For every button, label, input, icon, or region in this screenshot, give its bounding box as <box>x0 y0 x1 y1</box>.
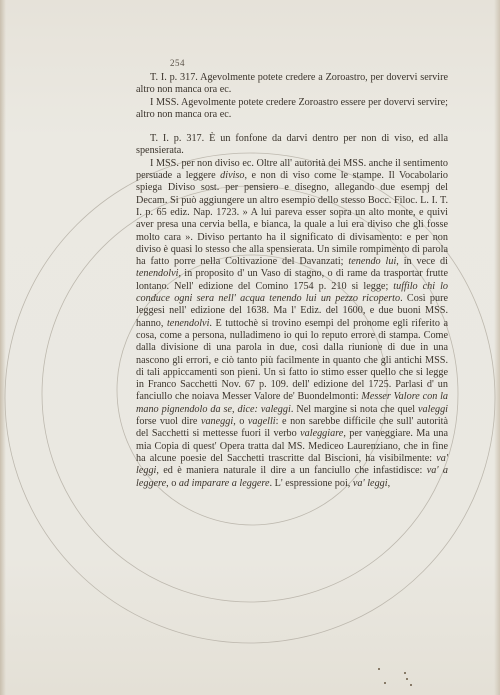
italic-quotation: diviso <box>220 170 244 181</box>
commentary-text: , in vece di <box>396 256 448 267</box>
commentary-text: , e non di viso come le stampe. Il Vocab… <box>136 170 448 267</box>
entry-2-quote: T. I. p. 317. È un fonfone da darvi dent… <box>136 133 448 158</box>
commentary-text: , o <box>233 416 248 427</box>
entry-1-mss-variant: I MSS. Agevolmente potete credere Zoroas… <box>136 97 448 122</box>
commentary-text: , o <box>166 478 179 489</box>
entry-1-quote: T. I. p. 317. Agevolmente potete credere… <box>136 72 448 97</box>
book-page: 254 T. I. p. 317. Agevolmente potete cre… <box>0 0 500 695</box>
commentary-text: , <box>388 478 391 489</box>
italic-quotation: vagelli <box>248 416 276 427</box>
italic-quotation: vaneggi <box>201 416 233 427</box>
italic-quotation: ad imparare a leggere <box>179 478 270 489</box>
commentary-text: , ed è maniera naturale il dire a un fan… <box>156 465 426 476</box>
italic-quotation: tenendolvi <box>167 318 209 329</box>
commentary-text: forse vuol dire <box>136 416 201 427</box>
italic-quotation: valeggi <box>418 404 448 415</box>
commentary-text: . Nel margine si nota che quel <box>291 404 418 415</box>
commentary-text: . L' espressione poi, <box>270 478 353 489</box>
italic-quotation: valeggiare <box>300 428 343 439</box>
text-body: T. I. p. 317. Agevolmente potete credere… <box>136 66 448 490</box>
italic-quotation: tenendolvi <box>136 268 178 279</box>
italic-quotation: va' leggi <box>353 478 388 489</box>
entry-2-commentary: I MSS. per non diviso ec. Oltre all' aut… <box>136 158 448 490</box>
italic-quotation: tenendo lui <box>348 256 396 267</box>
commentary-text: . E tuttochè si trovino esempi del prono… <box>136 318 448 403</box>
